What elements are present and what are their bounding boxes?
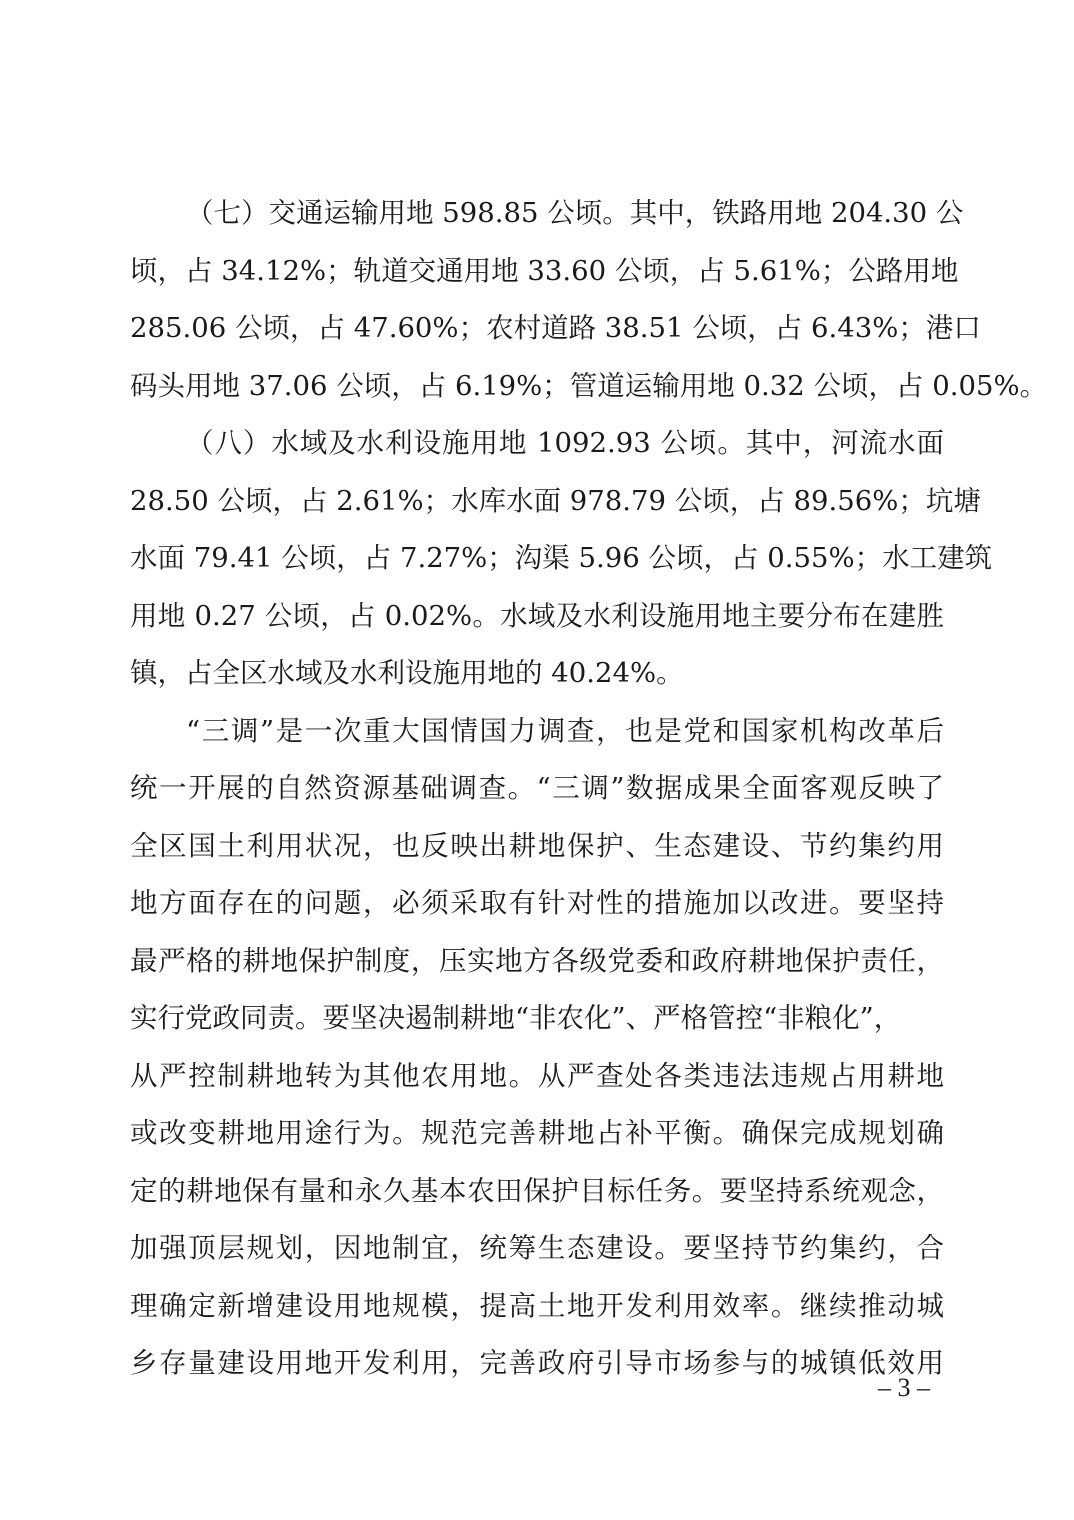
text-line: 定的耕地保有量和永久基本农田保护目标任务。要坚持系统观念，: [130, 1163, 944, 1221]
text-line: 理确定新增建设用地规模，提高土地开发利用效率。继续推动城: [130, 1278, 944, 1336]
text-line: 镇，占全区水域及水利设施用地的 40.24%。: [130, 645, 944, 703]
paragraph-third-survey: “三调”是一次重大国情国力调查，也是党和国家机构改革后 统一开展的自然资源基础调…: [130, 703, 944, 1393]
text-line: 从严控制耕地转为其他农用地。从严查处各类违法违规占用耕地: [130, 1048, 944, 1106]
text-line: 或改变耕地用途行为。规范完善耕地占补平衡。确保完成规划确: [130, 1105, 944, 1163]
text-line: 地方面存在的问题，必须采取有针对性的措施加以改进。要坚持: [130, 875, 944, 933]
text-line: “三调”是一次重大国情国力调查，也是党和国家机构改革后: [130, 703, 944, 761]
page-number: – 3 –: [862, 1368, 946, 1408]
text-line: 28.50 公顷，占 2.61%；水库水面 978.79 公顷，占 89.56%…: [130, 473, 944, 531]
paragraph-water-land: （八）水域及水利设施用地 1092.93 公顷。其中，河流水面 28.50 公顷…: [130, 415, 944, 703]
text-line: 最严格的耕地保护制度，压实地方各级党委和政府耕地保护责任，: [130, 933, 944, 991]
text-line: 用地 0.27 公顷，占 0.02%。水域及水利设施用地主要分布在建胜: [130, 588, 944, 646]
text-line: 加强顶层规划，因地制宜，统筹生态建设。要坚持节约集约，合: [130, 1220, 944, 1278]
text-line: 顷，占 34.12%；轨道交通用地 33.60 公顷，占 5.61%；公路用地: [130, 243, 944, 301]
document-body: （七）交通运输用地 598.85 公顷。其中，铁路用地 204.30 公 顷，占…: [130, 185, 944, 1393]
paragraph-transport-land: （七）交通运输用地 598.85 公顷。其中，铁路用地 204.30 公 顷，占…: [130, 185, 944, 415]
text-line: （八）水域及水利设施用地 1092.93 公顷。其中，河流水面: [130, 415, 944, 473]
text-line: 乡存量建设用地开发利用，完善政府引导市场参与的城镇低效用: [130, 1335, 944, 1393]
text-line: 285.06 公顷，占 47.60%；农村道路 38.51 公顷，占 6.43%…: [130, 300, 944, 358]
text-line: 全区国土利用状况，也反映出耕地保护、生态建设、节约集约用: [130, 818, 944, 876]
text-line: 水面 79.41 公顷，占 7.27%；沟渠 5.96 公顷，占 0.55%；水…: [130, 530, 944, 588]
text-line: 码头用地 37.06 公顷，占 6.19%；管道运输用地 0.32 公顷，占 0…: [130, 358, 944, 416]
text-line: 统一开展的自然资源基础调查。“三调”数据成果全面客观反映了: [130, 760, 944, 818]
text-line: 实行党政同责。要坚决遏制耕地“非农化”、严格管控“非粮化”，: [130, 990, 944, 1048]
text-line: （七）交通运输用地 598.85 公顷。其中，铁路用地 204.30 公: [130, 185, 944, 243]
